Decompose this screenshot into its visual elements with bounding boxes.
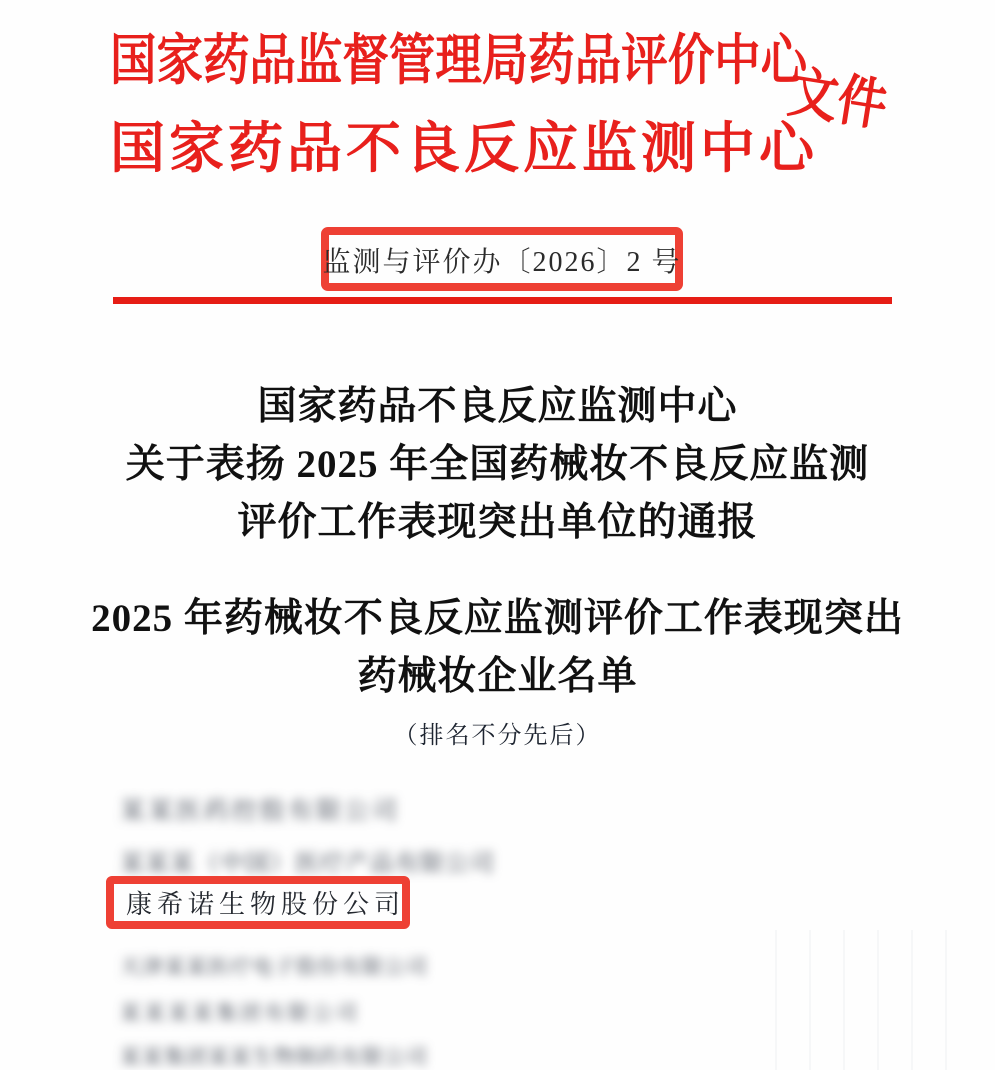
company-list-item-blurred: 某某某（中国）医疗产品有限公司 bbox=[120, 843, 495, 878]
company-list-item-blurred: 某某某某集团有限公司 bbox=[120, 997, 360, 1027]
doc-number-annotation-box: 监测与评价办〔2026〕2 号 bbox=[321, 227, 683, 291]
company-list-item-blurred: 某某集团某某生物制药有限公司 bbox=[120, 1041, 428, 1070]
red-divider-rule bbox=[113, 297, 892, 304]
document-page: 国家药品监督管理局药品评价中心 国家药品不良反应监测中心 文件 监测与评价办〔2… bbox=[0, 0, 995, 1070]
document-title: 国家药品不良反应监测中心 关于表扬 2025 年全国药械妆不良反应监测 评价工作… bbox=[0, 378, 995, 552]
subtitle-line-2: 药械妆企业名单 bbox=[0, 648, 995, 706]
ranking-note: （排名不分先后） bbox=[0, 715, 995, 750]
title-line-2: 关于表扬 2025 年全国药械妆不良反应监测 bbox=[0, 436, 995, 494]
company-highlight-annotation-box: 康希诺生物股份公司 bbox=[106, 876, 410, 929]
letterhead-line2: 国家药品不良反应监测中心 bbox=[110, 104, 818, 183]
subtitle-line-1: 2025 年药械妆不良反应监测评价工作表现突出 bbox=[0, 590, 995, 648]
company-list-item-blurred: 天津某某医疗电子股份有限公司 bbox=[120, 951, 428, 981]
letterhead-line1: 国家药品监督管理局药品评价中心 bbox=[110, 16, 807, 95]
doc-number: 监测与评价办〔2026〕2 号 bbox=[323, 238, 682, 280]
scan-artifact-lines bbox=[775, 930, 955, 1070]
company-list-item-blurred: 某某医药控股有限公司 bbox=[120, 791, 400, 827]
company-list-item-highlighted: 康希诺生物股份公司 bbox=[114, 884, 405, 921]
letterhead-suffix: 文件 bbox=[783, 48, 893, 142]
title-line-3: 评价工作表现突出单位的通报 bbox=[0, 494, 995, 552]
title-line-1: 国家药品不良反应监测中心 bbox=[0, 378, 995, 436]
document-subtitle: 2025 年药械妆不良反应监测评价工作表现突出 药械妆企业名单 bbox=[0, 590, 995, 706]
